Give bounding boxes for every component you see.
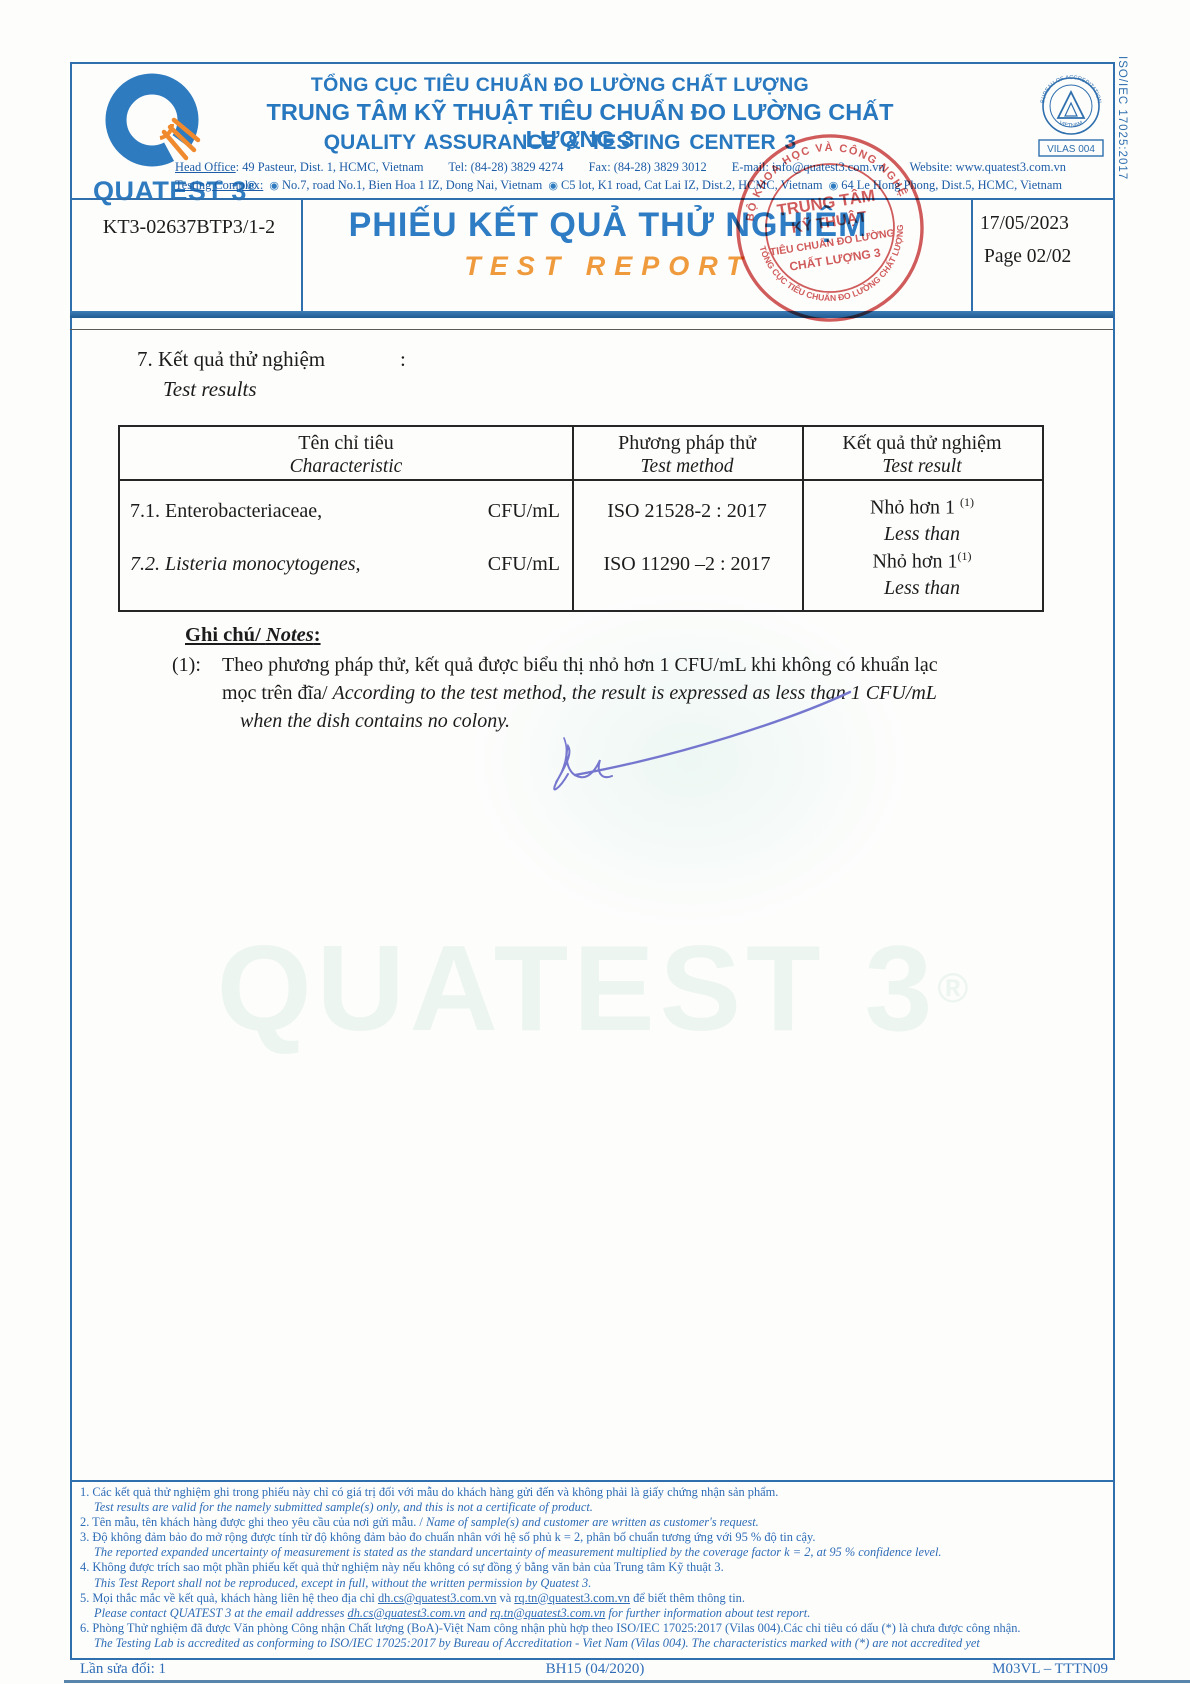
head-office-label: Head Office [175,160,236,174]
section-heading-vi: 7. Kết quả thử nghiệm [137,347,325,372]
results-table: Tên chỉ tiêu Characteristic Phương pháp … [118,425,1044,612]
notes-heading-vi: Ghi chú/ [185,624,266,646]
table-row-unit: CFU/mL [450,500,560,523]
footer-notes: 1. Các kết quả thử nghiệm ghi trong phiế… [80,1485,1108,1651]
accreditation-ring-bottom: VIETNAM [1058,120,1084,129]
table-row-unit: CFU/mL [450,553,560,576]
footer-note-6-vi: 6. Phòng Thử nghiệm đã được Văn phòng Cô… [80,1621,1108,1636]
footer-note-2-en: Name of sample(s) and customer are writt… [426,1515,759,1529]
note-1-line-1: Theo phương pháp thử, kết quả được biểu … [222,654,938,677]
col-header-result-en: Test result [802,456,1042,478]
table-row-characteristic: 7.2. Listeria monocytogenes, [130,553,361,576]
notes-heading-colon: : [314,624,321,646]
email-link: dh.cs@quatest3.com.vn [348,1606,466,1620]
watermark-reg: ® [937,964,973,1011]
doc-code: M03VL – TTTN09 [968,1661,1108,1678]
col-header-characteristic-en: Characteristic [120,456,572,478]
footer-note-5-en: Please contact QUATEST 3 at the email ad… [80,1606,1108,1621]
report-date: 17/05/2023 [980,213,1069,235]
email-link: rq.tn@quatest3.com.vn [514,1591,630,1605]
table-row-result: Nhỏ hơn 1(1) [802,549,1042,574]
accreditation-ring-top: BUREAU OF ACCREDITATION [1040,75,1102,104]
svg-text:VIETNAM: VIETNAM [1058,120,1084,129]
col-header-result-vi: Kết quả thử nghiệm [802,432,1042,455]
title-bottom-thin-rule [70,329,1113,330]
footer-note-5-vi-mid: và [496,1591,514,1605]
signature-icon [520,678,860,803]
iso-side-label: ISO/IEC 17025:2017 [1116,56,1128,206]
location-pin-icon: ◉ [269,180,279,192]
note-1-line-3: when the dish contains no colony. [240,710,510,733]
footer-note-1-vi: 1. Các kết quả thử nghiệm ghi trong phiế… [80,1485,1108,1500]
col-header-method-en: Test method [572,456,802,478]
testing-complex-1: No.7, road No.1, Bien Hoa 1 IZ, Dong Nai… [282,178,542,192]
footer-note-3-en: The reported expanded uncertainty of mea… [80,1545,1108,1560]
footer-note-4-vi: 4. Không được trích sao một phần phiếu k… [80,1560,1108,1575]
footer-note-5-en-post: for further information about test repor… [605,1606,810,1620]
footer-note-5-vi-post: để biết thêm thông tin. [630,1591,745,1605]
report-number: KT3-02637BTP3/1-2 [80,216,298,239]
result-value-en: Less than [802,577,1042,600]
quatest-logo-icon [98,72,210,174]
result-value-en: Less than [802,523,1042,546]
org-name-parent: TỔNG CỤC TIÊU CHUẨN ĐO LƯỜNG CHẤT LƯỢNG [250,74,870,97]
note-1-label: (1): [172,654,201,677]
head-office-address: : 49 Pasteur, Dist. 1, HCMC, Vietnam [236,160,424,174]
footer-note-5-en-mid: and [465,1606,490,1620]
tel: Tel: (84-28) 3829 4274 [448,160,563,174]
email-link: dh.cs@quatest3.com.vn [378,1591,496,1605]
contact-line-2: Testing Complex: ◉No.7, road No.1, Bien … [175,178,1062,193]
table-row-method: ISO 21528-2 : 2017 [572,500,802,523]
result-footnote-ref: (1) [958,549,972,563]
col-header-characteristic-vi: Tên chỉ tiêu [120,432,572,455]
footer-note-5-vi: 5. Mọi thắc mắc về kết quả, khách hàng l… [80,1591,1108,1606]
title-bottom-rule [70,311,1113,318]
email-link: rq.tn@quatest3.com.vn [490,1606,605,1620]
header-separator [70,198,1113,200]
official-stamp-icon: BỘ KHOA HỌC VÀ CÔNG NGHỆ TỔNG CỤC TIÊU C… [719,117,941,339]
result-value: Nhỏ hơn 1 [870,497,955,519]
notes-heading-en: Notes [266,624,314,646]
footer-note-5-en-pre: Please contact QUATEST 3 at the email ad… [94,1606,348,1620]
footer-note-5-vi-pre: 5. Mọi thắc mắc về kết quả, khách hàng l… [80,1591,378,1605]
table-row-characteristic: 7.1. Enterobacteriaceae, [130,500,322,523]
vilas-badge: VILAS 004 [1047,144,1095,155]
testing-complex-label: Testing Complex: [175,178,263,192]
fax: Fax: (84-28) 3829 3012 [589,160,707,174]
table-row-result: Nhỏ hơn 1 (1) [802,495,1042,520]
table-header-rule [120,479,1042,481]
title-cell-divider-left [301,198,303,312]
accreditation-logo-icon: BUREAU OF ACCREDITATION VIETNAM VILAS 00… [1036,70,1106,162]
test-report-page: QUATEST 3® TỔNG CỤC TIÊU CHUẨN ĐO LƯỜNG … [0,0,1190,1684]
footer-note-2: 2. Tên mẫu, tên khách hàng được ghi theo… [80,1515,1108,1530]
section-heading-colon: : [400,347,406,372]
footer-note-1-en: Test results are valid for the namely su… [80,1500,1108,1515]
result-value: Nhỏ hơn 1 [872,551,957,573]
result-footnote-ref: (1) [960,495,974,509]
note-1-line-2-vi: mọc trên đĩa/ [222,682,333,704]
watermark: QUATEST 3® [0,918,1190,1058]
svg-text:BUREAU OF ACCREDITATION: BUREAU OF ACCREDITATION [1040,75,1102,104]
title-cell-divider-right [971,198,973,312]
notes-heading: Ghi chú/ Notes: [185,624,321,647]
footer-note-4-en: This Test Report shall not be reproduced… [80,1576,1108,1591]
table-row-method: ISO 11290 –2 : 2017 [572,553,802,576]
footer-note-6-en: The Testing Lab is accredited as conform… [80,1636,1108,1651]
bottom-edge-line [64,1680,1190,1683]
contact-line-1: Head Office: 49 Pasteur, Dist. 1, HCMC, … [175,160,1066,175]
watermark-text: QUATEST 3 [217,920,938,1056]
footer-note-3-vi: 3. Độ không đảm bảo đo mở rộng được tính… [80,1530,1108,1545]
website: Website: www.quatest3.com.vn [909,160,1066,174]
head-office: Head Office: 49 Pasteur, Dist. 1, HCMC, … [175,160,424,174]
col-header-method-vi: Phương pháp thử [572,432,802,455]
footer-note-2-vi: 2. Tên mẫu, tên khách hàng được ghi theo… [80,1515,426,1529]
location-pin-icon: ◉ [548,180,558,192]
page-indicator: Page 02/02 [984,246,1071,268]
section-heading-en: Test results [163,377,257,402]
footer-separator [70,1480,1113,1482]
